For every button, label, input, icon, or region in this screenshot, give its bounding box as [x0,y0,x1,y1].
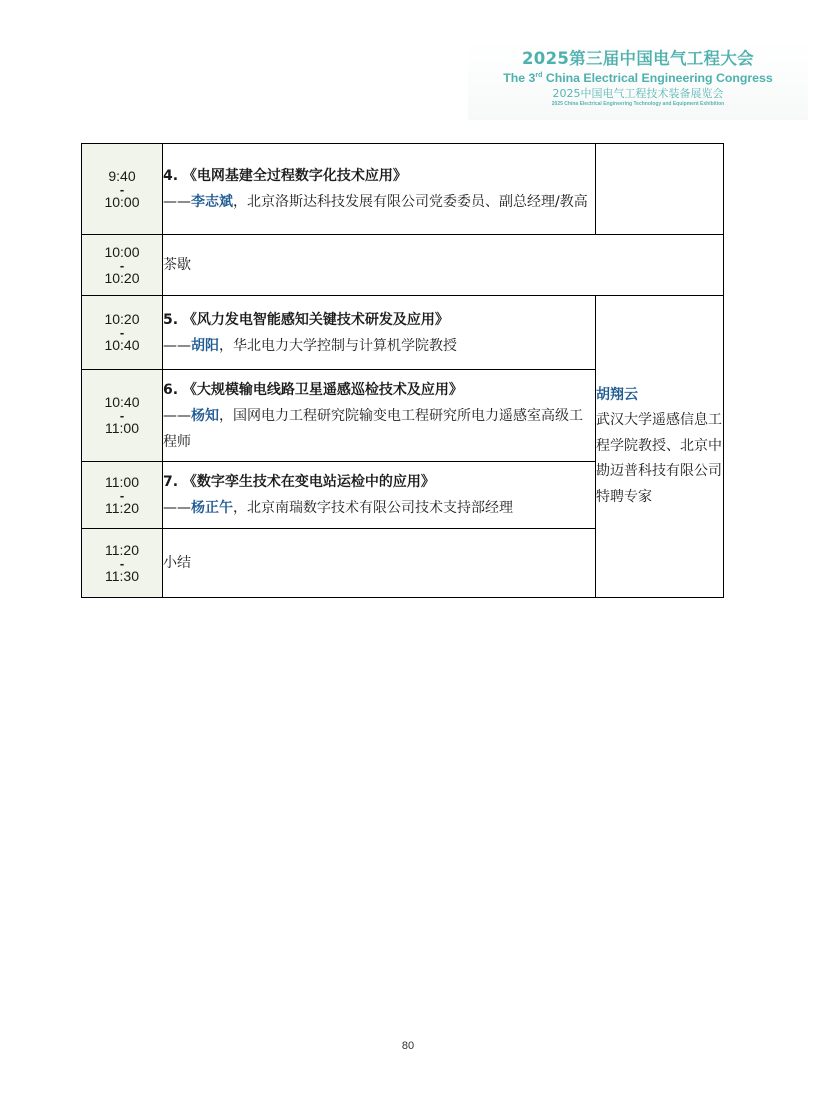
talk-cell: 6. 《大规模输电线路卫星遥感巡检技术及应用》 ——杨知，国网电力工程研究院输变… [163,370,596,462]
speaker-affiliation: ，北京洛斯达科技发展有限公司党委委员、副总经理/教高 [233,194,588,210]
speaker-line: ——胡阳，华北电力大学控制与计算机学院教授 [163,333,595,359]
page-number: 80 [0,1040,816,1052]
logo-exhibition-cn: 2025中国电气工程技术装备展览会 [468,87,808,101]
table-row: 9:40 - 10:00 4. 《电网基建全过程数字化技术应用》 ——李志斌，北… [82,144,724,235]
speaker-line: ——杨正午，北京南瑞数字技术有限公司技术支持部经理 [163,495,595,521]
logo-exhibition-en: 2025 China Electrical Engineering Techno… [468,101,808,108]
break-cell: 茶歇 [163,235,724,296]
table-row: 10:20 - 10:40 5. 《风力发电智能感知关键技术研发及应用》 ——胡… [82,296,724,370]
speaker-affiliation: ，国网电力工程研究院输变电工程研究所电力遥感室高级工程师 [163,408,583,450]
empty-host-cell [596,144,724,235]
talk-cell: 7. 《数字孪生技术在变电站运检中的应用》 ——杨正午，北京南瑞数字技术有限公司… [163,462,596,529]
host-description: 武汉大学遥感信息工程学院教授、北京中勘迈普科技有限公司特聘专家 [596,412,722,505]
summary-cell: 小结 [163,529,596,598]
talk-cell: 4. 《电网基建全过程数字化技术应用》 ——李志斌，北京洛斯达科技发展有限公司党… [163,144,596,235]
speaker-name: 杨正午 [191,500,233,516]
talk-cell: 5. 《风力发电智能感知关键技术研发及应用》 ——胡阳，华北电力大学控制与计算机… [163,296,596,370]
host-name: 胡翔云 [596,383,723,409]
time-cell: 9:40 - 10:00 [82,144,163,235]
time-cell: 10:00 - 10:20 [82,235,163,296]
time-cell: 11:20 - 11:30 [82,529,163,598]
speaker-line: ——李志斌，北京洛斯达科技发展有限公司党委委员、副总经理/教高 [163,189,595,215]
speaker-name: 杨知 [191,408,219,424]
talk-title: 6. 《大规模输电线路卫星遥感巡检技术及应用》 [163,377,595,403]
table-row: 10:00 - 10:20 茶歇 [82,235,724,296]
talk-title: 7. 《数字孪生技术在变电站运检中的应用》 [163,469,595,495]
speaker-name: 胡阳 [191,338,219,354]
time-cell: 10:20 - 10:40 [82,296,163,370]
talk-title: 5. 《风力发电智能感知关键技术研发及应用》 [163,307,595,333]
speaker-affiliation: ，北京南瑞数字技术有限公司技术支持部经理 [233,500,513,516]
congress-logo: 2025第三届中国电气工程大会 The 3rd China Electrical… [468,40,808,120]
host-cell: 胡翔云 武汉大学遥感信息工程学院教授、北京中勘迈普科技有限公司特聘专家 [596,296,724,598]
talk-title: 4. 《电网基建全过程数字化技术应用》 [163,163,595,189]
schedule-table: 9:40 - 10:00 4. 《电网基建全过程数字化技术应用》 ——李志斌，北… [81,143,724,598]
logo-title-cn: 2025第三届中国电气工程大会 [468,49,808,69]
speaker-line: ——杨知，国网电力工程研究院输变电工程研究所电力遥感室高级工程师 [163,403,595,455]
speaker-name: 李志斌 [191,194,233,210]
time-cell: 10:40 - 11:00 [82,370,163,462]
time-cell: 11:00 - 11:20 [82,462,163,529]
logo-title-en: The 3rd China Electrical Engineering Con… [468,69,808,85]
speaker-affiliation: ，华北电力大学控制与计算机学院教授 [219,338,457,354]
